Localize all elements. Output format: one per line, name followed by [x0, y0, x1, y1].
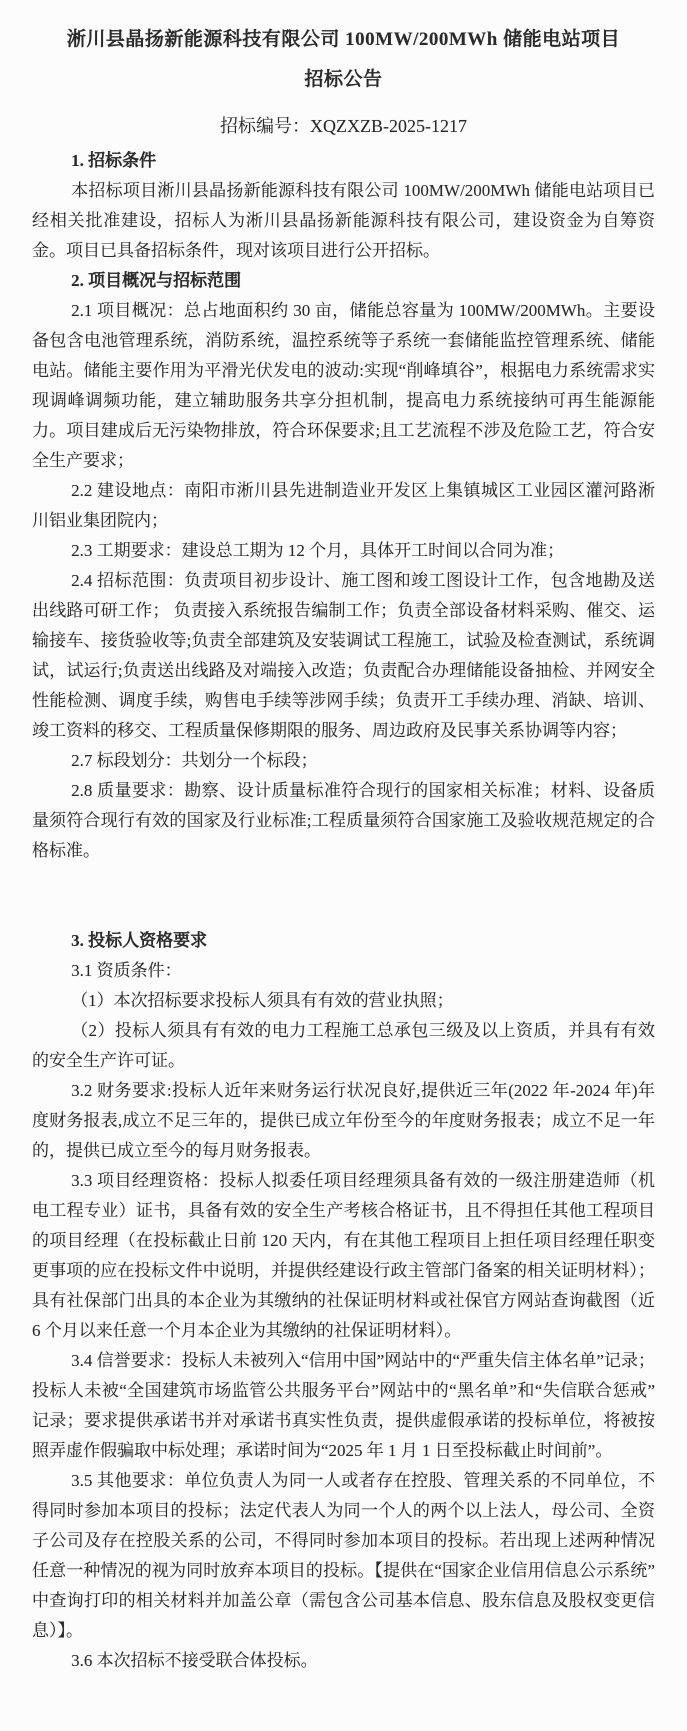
section-2-paragraph-2-4: 2.4 招标范围：负责项目初步设计、施工图和竣工图设计工作，包含地勘及送出线路可…: [32, 566, 655, 746]
section-3-paragraph-3-6: 3.6 本次招标不接受联合体投标。: [32, 1646, 655, 1676]
document-title-line2: 招标公告: [32, 60, 655, 100]
section-bidding-conditions: 1. 招标条件 本招标项目淅川县晶扬新能源科技有限公司 100MW/200MWh…: [32, 146, 655, 266]
section-3-paragraph-3-4: 3.4 信誉要求：投标人未被列入“信用中国”网站中的“严重失信主体名单”记录；投…: [32, 1346, 655, 1466]
section-2-heading: 2. 项目概况与招标范围: [32, 266, 655, 296]
section-1-paragraph-1: 本招标项目淅川县晶扬新能源科技有限公司 100MW/200MWh 储能电站项目已…: [32, 176, 655, 266]
section-2-paragraph-2-8: 2.8 质量要求：勘察、设计质量标准符合现行的国家相关标准；材料、设备质量须符合…: [32, 776, 655, 866]
section-2-paragraph-2-1: 2.1 项目概况：总占地面积约 30 亩，储能总容量为 100MW/200MWh…: [32, 296, 655, 476]
section-3-paragraph-3-3: 3.3 项目经理资格：投标人拟委任项目经理须具备有效的一级注册建造师（机电工程专…: [32, 1166, 655, 1346]
section-project-overview: 2. 项目概况与招标范围 2.1 项目概况：总占地面积约 30 亩，储能总容量为…: [32, 266, 655, 866]
section-2-paragraph-2-7: 2.7 标段划分：共划分一个标段；: [32, 746, 655, 776]
tender-announcement-document: 淅川县晶扬新能源科技有限公司 100MW/200MWh 储能电站项目 招标公告 …: [0, 0, 687, 1731]
tender-number: 招标编号：XQZXZB-2025-1217: [32, 111, 655, 141]
section-3-paragraph-3-2: 3.2 财务要求:投标人近年来财务运行状况良好,提供近三年(2022 年-202…: [32, 1076, 655, 1166]
section-bidder-qualifications: 3. 投标人资格要求 3.1 资质条件： （1）本次招标要求投标人须具有有效的营…: [32, 926, 655, 1676]
document-title: 淅川县晶扬新能源科技有限公司 100MW/200MWh 储能电站项目 招标公告: [32, 20, 655, 100]
section-3-paragraph-3-1: 3.1 资质条件：: [32, 956, 655, 986]
section-3-heading: 3. 投标人资格要求: [32, 926, 655, 956]
document-title-line1: 淅川县晶扬新能源科技有限公司 100MW/200MWh 储能电站项目: [32, 20, 655, 60]
section-3-paragraph-3-1-item-2: （2）投标人须具有有效的电力工程施工总承包三级及以上资质，并具有有效的安全生产许…: [32, 1016, 655, 1076]
section-2-paragraph-2-2: 2.2 建设地点：南阳市淅川县先进制造业开发区上集镇城区工业园区灌河路淅川铝业集…: [32, 476, 655, 536]
section-1-heading: 1. 招标条件: [32, 146, 655, 176]
section-2-paragraph-2-3: 2.3 工期要求：建设总工期为 12 个月，具体开工时间以合同为准；: [32, 536, 655, 566]
section-3-paragraph-3-5: 3.5 其他要求：单位负责人为同一人或者存在控股、管理关系的不同单位，不得同时参…: [32, 1466, 655, 1646]
section-3-paragraph-3-1-item-1: （1）本次招标要求投标人须具有有效的营业执照；: [32, 986, 655, 1016]
